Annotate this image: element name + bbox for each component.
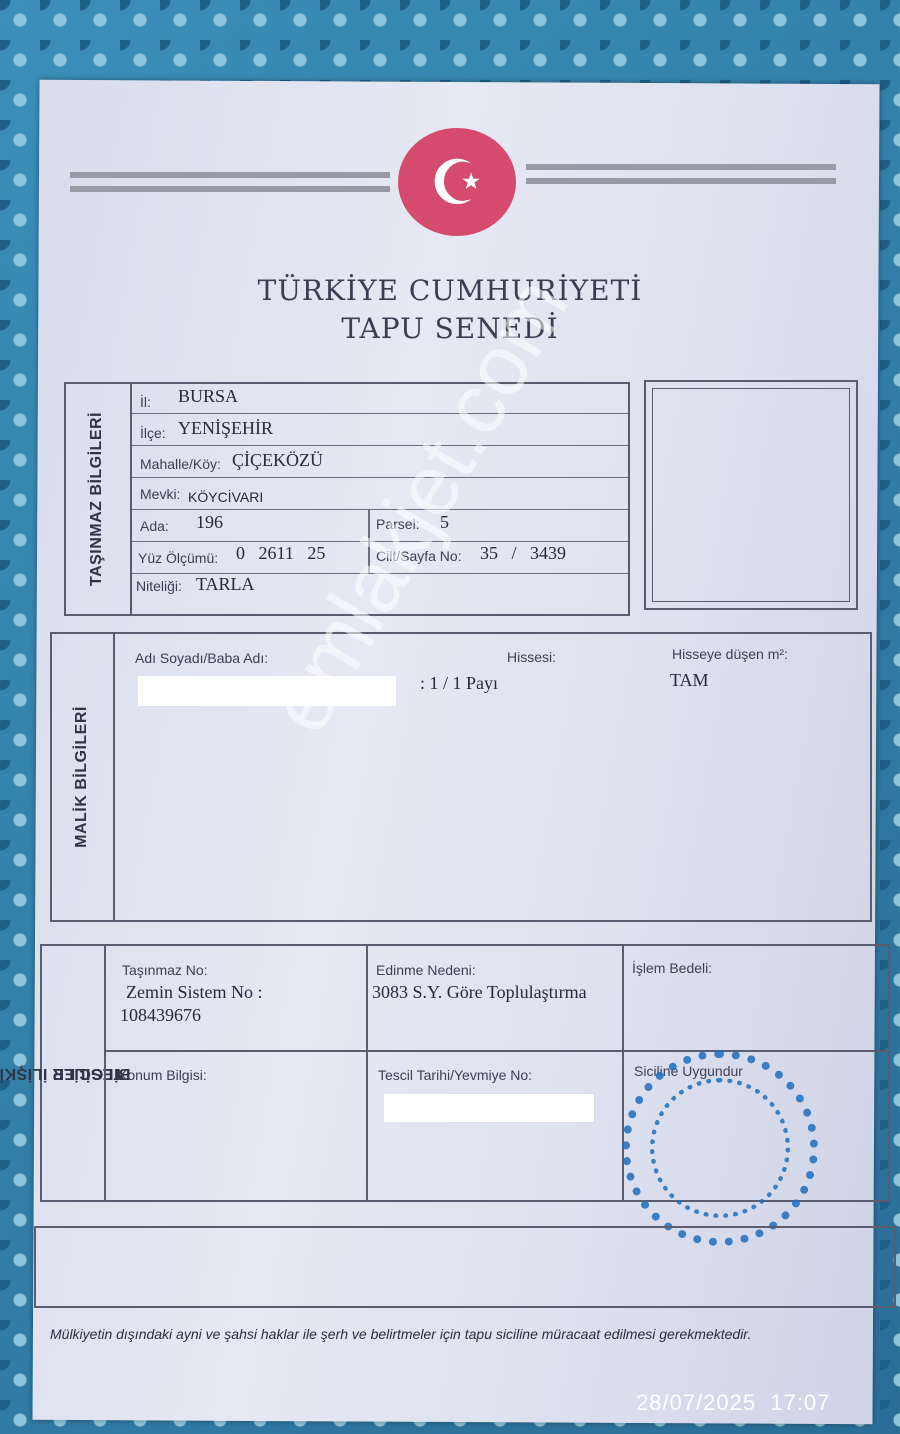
tescil-section-label: TESCİLE İLİŞKİNBİLGİLER bbox=[40, 944, 106, 1202]
photo-inner-box bbox=[652, 388, 850, 602]
edinme-label: Edinme Nedeni: bbox=[376, 962, 476, 978]
tasinmaz-section-label: TAŞINMAZ BİLGİLERİ bbox=[64, 382, 130, 616]
mahalle-value: ÇİÇEKÖZÜ bbox=[232, 450, 323, 471]
il-label: İl: bbox=[140, 394, 151, 410]
ada-value: 196 bbox=[196, 512, 223, 533]
header-stripe-left bbox=[70, 172, 390, 192]
mahalle-label: Mahalle/Köy: bbox=[140, 456, 221, 472]
notes-box bbox=[34, 1226, 896, 1308]
mevki-value: KÖYCİVARI bbox=[188, 489, 263, 505]
title-line2: TAPU SENEDİ bbox=[0, 312, 900, 345]
edinme-value: 3083 S.Y. Göre Toplulaştırma bbox=[372, 982, 587, 1003]
niteligi-value: TARLA bbox=[196, 574, 255, 595]
owner-name-label: Adı Soyadı/Baba Adı: bbox=[135, 650, 268, 666]
yuzolcumu-value: 0 2611 25 bbox=[236, 543, 325, 564]
share-value: : 1 / 1 Payı bbox=[420, 673, 498, 694]
zemin-no-value: 108439676 bbox=[120, 1005, 201, 1026]
redacted-tescil-date bbox=[384, 1094, 594, 1122]
official-stamp-icon bbox=[622, 1050, 818, 1246]
share-label: Hissesi: bbox=[507, 649, 556, 665]
photo-timestamp: 28/07/2025 17:07 bbox=[636, 1390, 830, 1416]
ada-label: Ada: bbox=[140, 518, 169, 534]
niteligi-label: Niteliği: bbox=[136, 578, 182, 594]
header-stripe-right bbox=[526, 164, 836, 184]
islem-bedeli-label: İşlem Bedeli: bbox=[632, 960, 712, 976]
malik-section-label: MALİK BİLGİLERİ bbox=[50, 632, 114, 922]
ilce-label: İlçe: bbox=[140, 425, 166, 441]
share-m2-value: TAM bbox=[670, 670, 709, 691]
crescent-star-icon: ☪ bbox=[398, 128, 516, 236]
cilt-value: 35 / 3439 bbox=[480, 543, 566, 564]
il-value: BURSA bbox=[178, 386, 238, 407]
yuzolcumu-label: Yüz Ölçümü: bbox=[138, 550, 218, 566]
footer-note: Mülkiyetin dışındaki ayni ve şahsi hakla… bbox=[50, 1326, 751, 1342]
share-m2-label: Hisseye düşen m²: bbox=[672, 646, 788, 662]
konum-label: Konum Bilgisi: bbox=[118, 1067, 207, 1083]
tescil-tarihi-label: Tescil Tarihi/Yevmiye No: bbox=[378, 1067, 532, 1083]
tasinmaz-no-label: Taşınmaz No: bbox=[122, 962, 208, 978]
mevki-label: Mevki: bbox=[140, 486, 180, 502]
ilce-value: YENİŞEHİR bbox=[178, 418, 273, 439]
zemin-label: Zemin Sistem No : bbox=[126, 982, 263, 1003]
title-line1: TÜRKİYE CUMHURİYETİ bbox=[0, 274, 900, 307]
